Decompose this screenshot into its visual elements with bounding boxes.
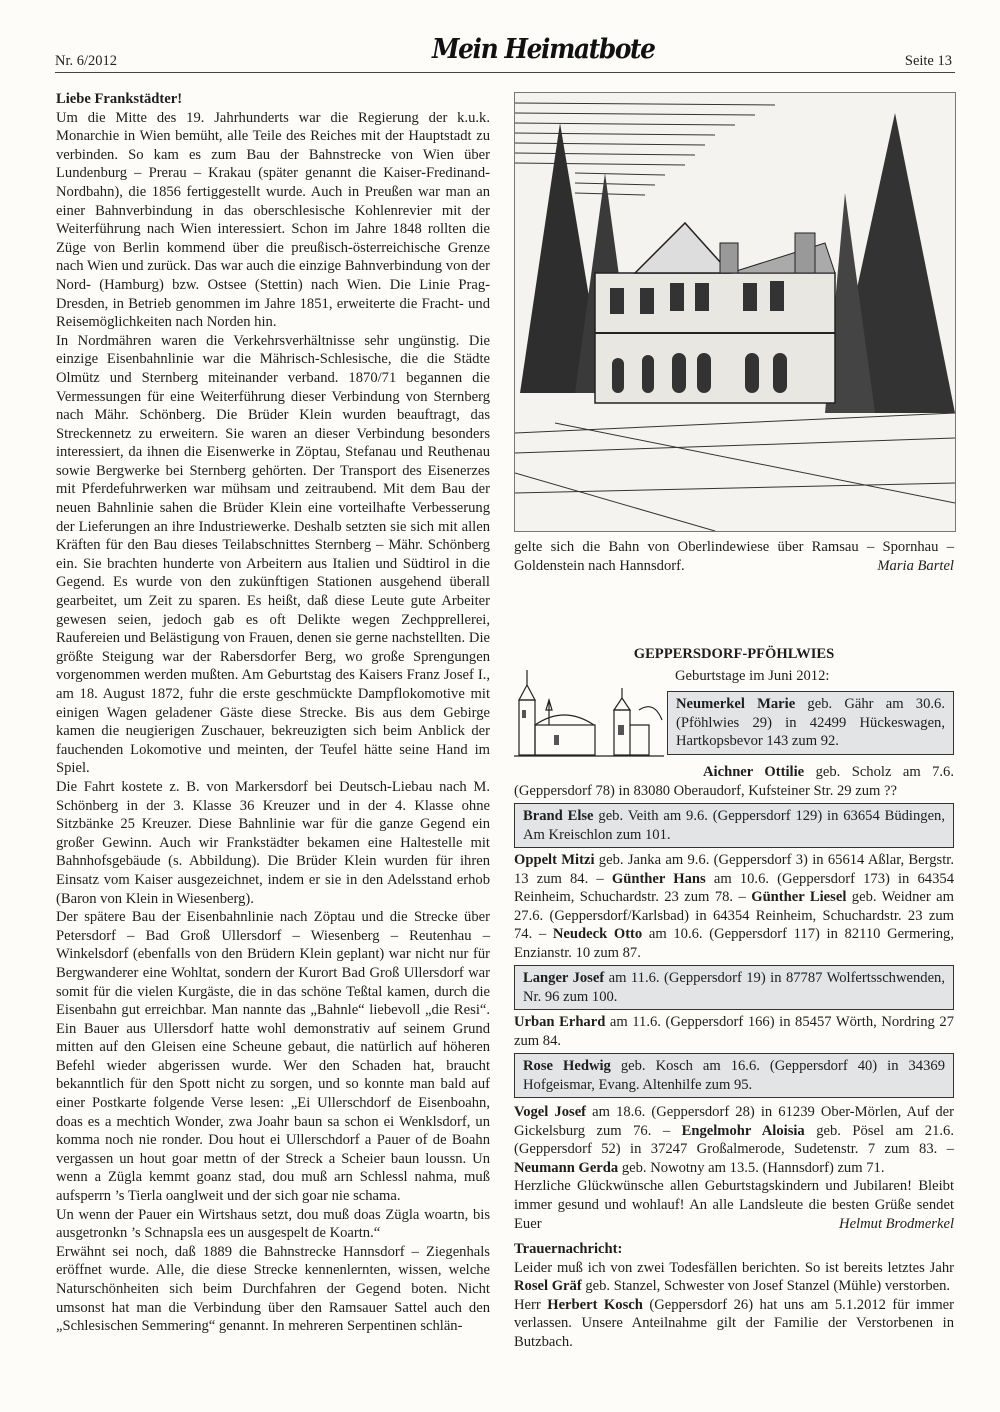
obituary-text: Herr [514,1297,547,1313]
birthday-name: Oppelt Mitzi [514,852,595,868]
train-station-illustration [514,92,956,532]
birthday-entry-highlighted: Brand Else geb. Veith am 9.6. (Geppersdo… [514,803,954,848]
issue-number: Nr. 6/2012 [55,53,117,70]
article-author: Maria Bartel [877,557,954,576]
article-paragraph: Um die Mitte des 19. Jahrhunderts war di… [56,109,490,332]
birthday-name: Engelmohr Aloisia [682,1123,805,1139]
deceased-name: Rosel Gräf [514,1278,582,1294]
deceased-name: Herbert Kosch [547,1297,643,1313]
birthday-entry-highlighted: Langer Josef am 11.6. (Geppersdorf 19) i… [514,965,954,1010]
article-paragraph: Die Fahrt kostete z. B. von Markersdorf … [56,778,490,908]
birthday-name: Brand Else [523,808,594,824]
section-subtitle: Geburtstage im Juni 2012: [675,668,829,685]
article-continuation: gelte sich die Bahn von Oberlindewiese ü… [514,538,954,575]
birthday-name: Rose Hedwig [523,1058,611,1074]
birthday-entry: Urban Erhard am 11.6. (Geppersdorf 166) … [514,1013,954,1050]
birthday-name: Aichner Ottilie [703,764,804,780]
obituary-text: geb. Stanzel, Schwester von Josef Stanze… [582,1278,950,1294]
obituary-section: Trauernachricht: Leider muß ich von zwei… [514,1240,954,1352]
station-drawing-icon [515,93,955,531]
obituary-paragraph: Leider muß ich von zwei Todesfällen beri… [514,1259,954,1296]
article-paragraph: Un wenn der Pauer ein Wirtshaus setzt, d… [56,1206,490,1243]
article-paragraph: Erwähnt sei noch, daß 1889 die Bahnstrec… [56,1243,490,1336]
birthday-name: Neumann Gerda [514,1160,618,1176]
birthday-name: Urban Erhard [514,1014,605,1030]
church-drawing-icon [514,670,664,758]
birthday-entries-group: Oppelt Mitzi geb. Janka am 9.6. (Geppers… [514,851,954,963]
section-title: GEPPERSDORF-PFÖHLWIES [514,646,954,663]
masthead-title: Mein Heimatbote [432,34,655,65]
birthday-name: Günther Liesel [751,889,846,905]
birthday-entry: Aichner Ottilie geb. Scholz am 7.6. (Gep… [514,763,954,800]
page-header: Nr. 6/2012 Mein Heimatbote Seite 13 [55,34,955,73]
birthday-entries-group: Vogel Josef am 18.6. (Geppersdorf 28) in… [514,1103,954,1233]
birthday-name: Neudeck Otto [553,926,642,942]
obituary-text: Leider muß ich von zwei Todesfällen beri… [514,1260,954,1276]
church-illustration [514,670,664,758]
greeting-author: Helmut Brodmerkel [839,1215,954,1234]
article-paragraph: Der spätere Bau der Eisenbahnlinie nach … [56,908,490,1206]
obituary-paragraph: Herr Herbert Kosch (Geppersdorf 26) hat … [514,1296,954,1352]
birthday-name: Günther Hans [612,871,706,887]
article-title: Liebe Frankstädter! [56,90,490,109]
birthday-entry-highlighted: Neumerkel Marie geb. Gähr am 30.6. (Pföh… [667,691,954,755]
article-main: Liebe Frankstädter! Um die Mitte des 19.… [56,90,490,1336]
birthday-name: Neumerkel Marie [676,696,795,712]
birthday-name: Langer Josef [523,970,604,986]
obituary-title: Trauernachricht: [514,1240,954,1259]
page-number: Seite 13 [905,53,952,70]
birthday-name: Vogel Josef [514,1104,586,1120]
birthday-details: geb. Nowotny am 13.5. (Hannsdorf) zum 71… [618,1160,884,1176]
article-paragraph: In Nordmähren waren die Verkehrsverhältn… [56,332,490,778]
birthday-entry-highlighted: Rose Hedwig geb. Kosch am 16.6. (Geppers… [514,1053,954,1098]
